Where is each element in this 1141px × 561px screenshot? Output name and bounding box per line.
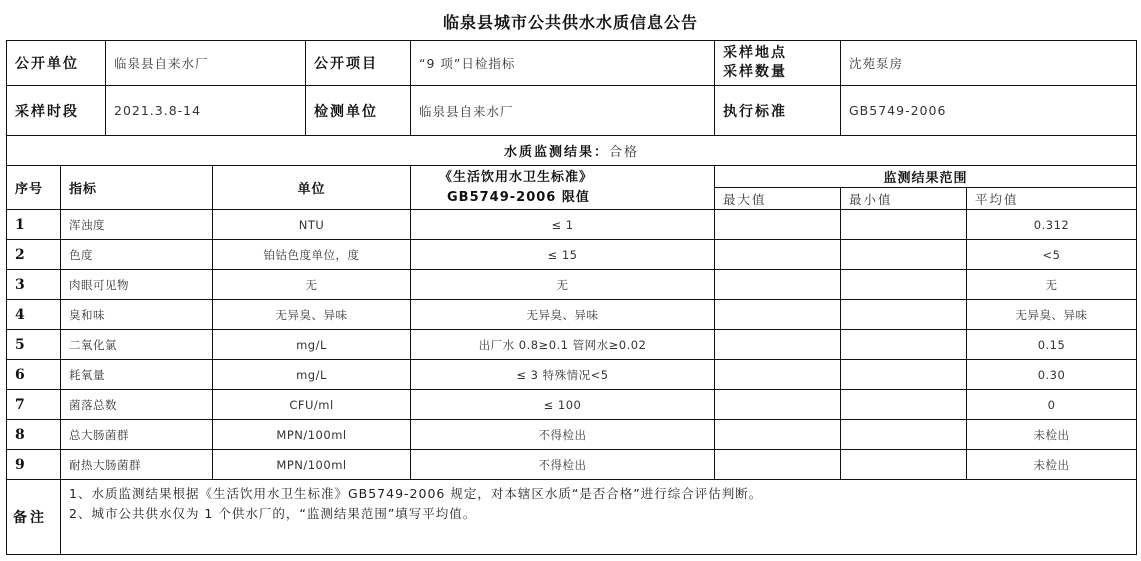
header-limit: 《生活饮用水卫生标准》 GB5749-2006 限值 [411, 166, 715, 210]
row-index: 8 [7, 420, 61, 450]
row-indicator: 臭和味 [61, 300, 213, 330]
row-index: 9 [7, 450, 61, 480]
row-unit: 铂钴色度单位，度 [213, 240, 411, 270]
row-limit: ≤ 3 特殊情况<5 [411, 360, 715, 390]
row-avg: 无异臭、异味 [967, 300, 1137, 330]
info-table: 公开单位 临泉县自来水厂 公开项目 “9 项”日检指标 采样地点 采样数量 沈苑… [6, 40, 1137, 136]
row-min [841, 450, 967, 480]
row-max [715, 360, 841, 390]
row-limit: ≤ 100 [411, 390, 715, 420]
row-index: 1 [7, 210, 61, 240]
table-row: 1 浑浊度 NTU ≤ 1 0.312 [7, 210, 1137, 240]
row-indicator: 浑浊度 [61, 210, 213, 240]
row-min [841, 210, 967, 240]
row-indicator: 总大肠菌群 [61, 420, 213, 450]
row-limit: 出厂水 0.8≥0.1 管网水≥0.02 [411, 330, 715, 360]
item-value: “9 项”日检指标 [411, 41, 715, 86]
row-max [715, 420, 841, 450]
row-min [841, 360, 967, 390]
row-index: 5 [7, 330, 61, 360]
table-row: 6 耗氧量 mg/L ≤ 3 特殊情况<5 0.30 [7, 360, 1137, 390]
row-max [715, 390, 841, 420]
row-limit: 不得检出 [411, 450, 715, 480]
row-limit: ≤ 1 [411, 210, 715, 240]
row-min [841, 330, 967, 360]
publisher-value: 临泉县自来水厂 [106, 41, 306, 86]
row-min [841, 270, 967, 300]
period-label: 采样时段 [7, 86, 106, 136]
header-limit-line2: GB5749-2006 限值 [439, 188, 706, 208]
row-unit: mg/L [213, 360, 411, 390]
row-unit: MPN/100ml [213, 420, 411, 450]
period-value: 2021.3.8-14 [106, 86, 306, 136]
row-avg: <5 [967, 240, 1137, 270]
row-avg: 0 [967, 390, 1137, 420]
row-indicator: 菌落总数 [61, 390, 213, 420]
header-indicator: 指标 [61, 166, 213, 210]
table-row: 5 二氧化氯 mg/L 出厂水 0.8≥0.1 管网水≥0.02 0.15 [7, 330, 1137, 360]
row-max [715, 210, 841, 240]
row-unit: MPN/100ml [213, 450, 411, 480]
row-index: 4 [7, 300, 61, 330]
result-value: 合格 [609, 145, 639, 160]
table-row: 3 肉眼可见物 无 无 无 [7, 270, 1137, 300]
table-row: 7 菌落总数 CFU/ml ≤ 100 0 [7, 390, 1137, 420]
notes-content: 1、水质监测结果根据《生活饮用水卫生标准》GB5749-2006 规定，对本辖区… [61, 480, 1137, 555]
row-index: 7 [7, 390, 61, 420]
row-indicator: 色度 [61, 240, 213, 270]
row-indicator: 耗氧量 [61, 360, 213, 390]
table-row: 8 总大肠菌群 MPN/100ml 不得检出 未检出 [7, 420, 1137, 450]
row-limit: 不得检出 [411, 420, 715, 450]
row-limit: 无异臭、异味 [411, 300, 715, 330]
table-row: 4 臭和味 无异臭、异味 无异臭、异味 无异臭、异味 [7, 300, 1137, 330]
overall-result: 水质监测结果：合格 [7, 136, 1137, 166]
row-avg: 未检出 [967, 420, 1137, 450]
row-unit: 无异臭、异味 [213, 300, 411, 330]
row-max [715, 450, 841, 480]
row-indicator: 二氧化氯 [61, 330, 213, 360]
note-line-2: 2、城市公共供水仅为 1 个供水厂的，“监测结果范围”填写平均值。 [69, 504, 1128, 524]
row-max [715, 270, 841, 300]
header-limit-line1: 《生活饮用水卫生标准》 [439, 168, 706, 188]
result-label: 水质监测结果： [504, 145, 609, 160]
row-unit: CFU/ml [213, 390, 411, 420]
location-label-line1: 采样地点 [723, 44, 832, 63]
note-line-1: 1、水质监测结果根据《生活饮用水卫生标准》GB5749-2006 规定，对本辖区… [69, 484, 849, 504]
row-index: 3 [7, 270, 61, 300]
row-min [841, 300, 967, 330]
row-avg: 未检出 [967, 450, 1137, 480]
row-max [715, 240, 841, 270]
table-row: 2 色度 铂钴色度单位，度 ≤ 15 <5 [7, 240, 1137, 270]
row-limit: 无 [411, 270, 715, 300]
row-index: 2 [7, 240, 61, 270]
table-row: 9 耐热大肠菌群 MPN/100ml 不得检出 未检出 [7, 450, 1137, 480]
standard-label: 执行标准 [715, 86, 841, 136]
row-max [715, 300, 841, 330]
row-min [841, 240, 967, 270]
row-limit: ≤ 15 [411, 240, 715, 270]
header-unit: 单位 [213, 166, 411, 210]
row-unit: 无 [213, 270, 411, 300]
standard-value: GB5749-2006 [841, 86, 1137, 136]
row-indicator: 肉眼可见物 [61, 270, 213, 300]
header-min: 最小值 [841, 188, 967, 210]
row-unit: mg/L [213, 330, 411, 360]
row-indicator: 耐热大肠菌群 [61, 450, 213, 480]
header-range: 监测结果范围 [715, 166, 1137, 188]
location-value: 沈苑泵房 [841, 41, 1137, 86]
location-label-line2: 采样数量 [723, 63, 832, 82]
document-title: 临泉县城市公共供水水质信息公告 [0, 10, 1141, 33]
notes-label: 备注 [7, 480, 61, 555]
item-label: 公开项目 [306, 41, 411, 86]
row-avg: 0.15 [967, 330, 1137, 360]
publisher-label: 公开单位 [7, 41, 106, 86]
row-avg: 0.312 [967, 210, 1137, 240]
row-avg: 无 [967, 270, 1137, 300]
tester-label: 检测单位 [306, 86, 411, 136]
header-avg: 平均值 [967, 188, 1137, 210]
row-unit: NTU [213, 210, 411, 240]
header-max: 最大值 [715, 188, 841, 210]
tester-value: 临泉县自来水厂 [411, 86, 715, 136]
results-table: 水质监测结果：合格 序号 指标 单位 《生活饮用水卫生标准》 GB5749-20… [6, 135, 1137, 555]
row-max [715, 330, 841, 360]
row-min [841, 390, 967, 420]
location-label: 采样地点 采样数量 [715, 41, 841, 86]
header-index: 序号 [7, 166, 61, 210]
row-avg: 0.30 [967, 360, 1137, 390]
row-index: 6 [7, 360, 61, 390]
row-min [841, 420, 967, 450]
